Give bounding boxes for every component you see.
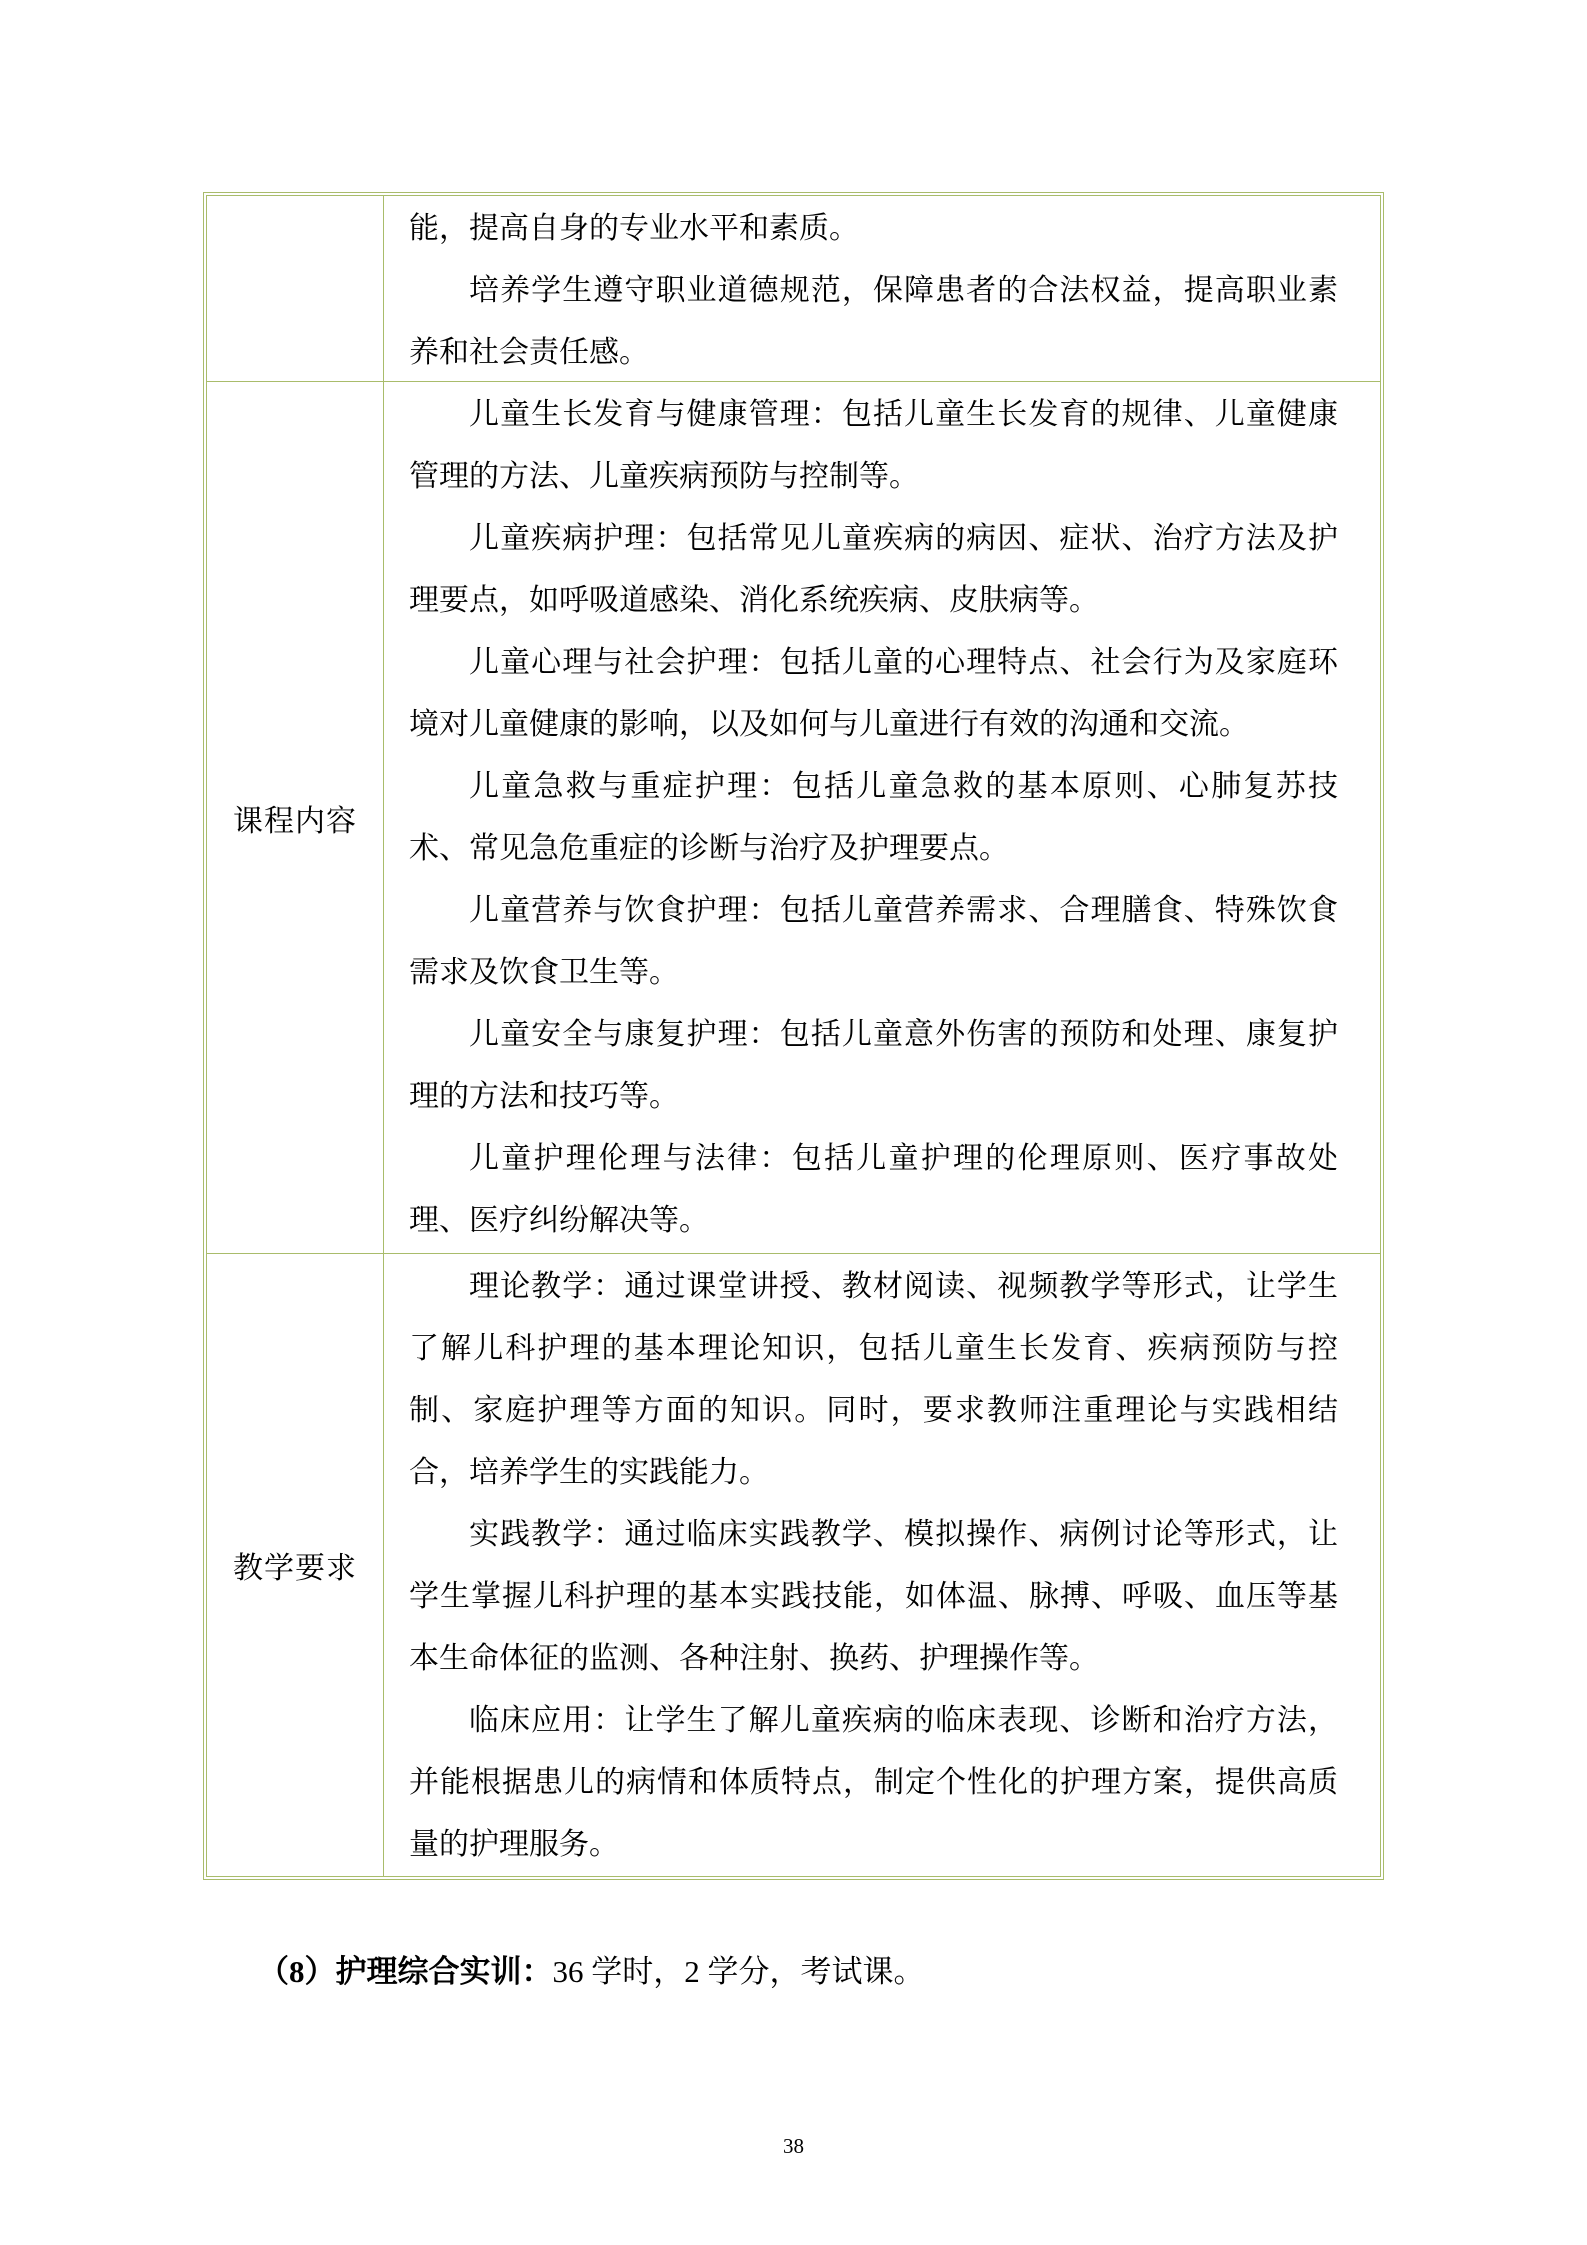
- paragraph: 儿童护理伦理与法律：包括儿童护理的伦理原则、医疗事故处理、医疗纠纷解决等。: [409, 1128, 1338, 1252]
- paragraph: 儿童生长发育与健康管理：包括儿童生长发育的规律、儿童健康管理的方法、儿童疾病预防…: [409, 384, 1338, 508]
- course-summary-title: （8）护理综合实训：: [258, 1954, 553, 1989]
- paragraph: 儿童疾病护理：包括常见儿童疾病的病因、症状、治疗方法及护理要点，如呼吸道感染、消…: [409, 508, 1338, 632]
- paragraph: 儿童急救与重症护理：包括儿童急救的基本原则、心肺复苏技术、常见急危重症的诊断与治…: [409, 756, 1338, 880]
- paragraph: 理论教学：通过课堂讲授、教材阅读、视频教学等形式，让学生了解儿科护理的基本理论知…: [409, 1256, 1338, 1504]
- paragraph: 儿童安全与康复护理：包括儿童意外伤害的预防和处理、康复护理的方法和技巧等。: [409, 1004, 1338, 1128]
- table-row-content-training-goal: 能，提高自身的专业水平和素质。培养学生遵守职业道德规范，保障患者的合法权益，提高…: [384, 196, 1380, 382]
- document-page: 能，提高自身的专业水平和素质。培养学生遵守职业道德规范，保障患者的合法权益，提高…: [0, 0, 1587, 2245]
- paragraph: 儿童心理与社会护理：包括儿童的心理特点、社会行为及家庭环境对儿童健康的影响，以及…: [409, 632, 1338, 756]
- paragraph: 临床应用：让学生了解儿童疾病的临床表现、诊断和治疗方法，并能根据患儿的病情和体质…: [409, 1690, 1338, 1876]
- course-description-table: 能，提高自身的专业水平和素质。培养学生遵守职业道德规范，保障患者的合法权益，提高…: [203, 192, 1384, 1880]
- course-summary-line: （8）护理综合实训：36 学时，2 学分，考试课。: [258, 1946, 925, 1991]
- page-number: 38: [0, 2134, 1587, 2159]
- paragraph: 培养学生遵守职业道德规范，保障患者的合法权益，提高职业素养和社会责任感。: [409, 260, 1338, 382]
- paragraph: 能，提高自身的专业水平和素质。: [409, 198, 1338, 260]
- paragraph: 实践教学：通过临床实践教学、模拟操作、病例讨论等形式，让学生掌握儿科护理的基本实…: [409, 1504, 1338, 1690]
- paragraph: 儿童营养与饮食护理：包括儿童营养需求、合理膳食、特殊饮食需求及饮食卫生等。: [409, 880, 1338, 1004]
- table-row-label-empty: [207, 196, 384, 382]
- table-row-content-course-content: 儿童生长发育与健康管理：包括儿童生长发育的规律、儿童健康管理的方法、儿童疾病预防…: [384, 382, 1380, 1254]
- table-row-content-teaching-requirements: 理论教学：通过课堂讲授、教材阅读、视频教学等形式，让学生了解儿科护理的基本理论知…: [384, 1254, 1380, 1876]
- course-summary-detail: 36 学时，2 学分，考试课。: [553, 1954, 925, 1989]
- table-row-label-teaching-requirements: 教学要求: [207, 1254, 384, 1876]
- table-row-label-course-content: 课程内容: [207, 382, 384, 1254]
